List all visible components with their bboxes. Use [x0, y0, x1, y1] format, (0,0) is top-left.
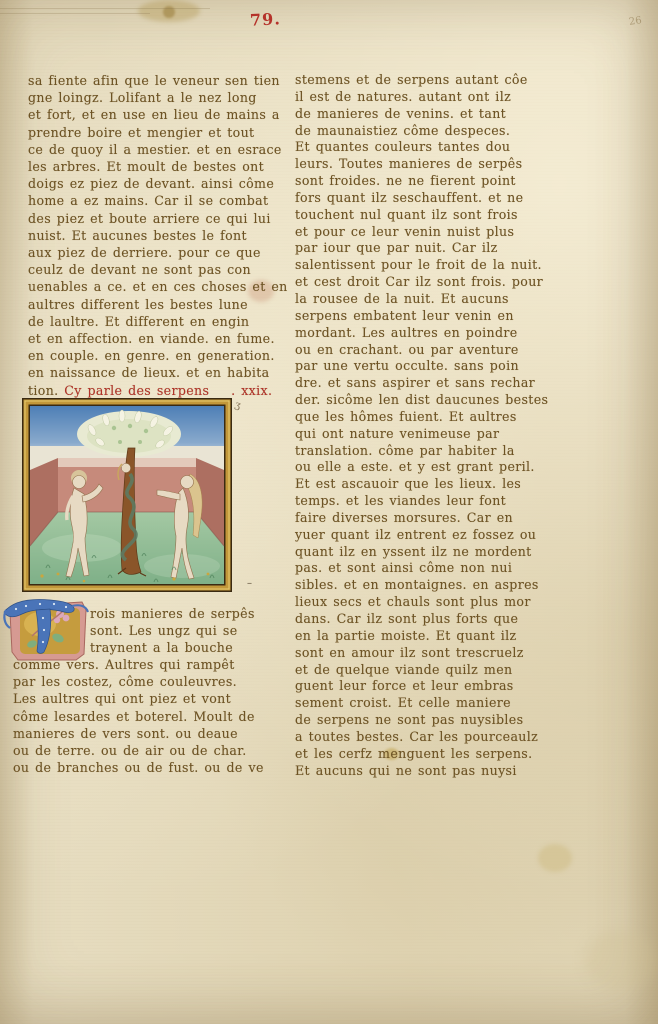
- margin-pen-mark: –: [247, 578, 252, 589]
- rubric-title: Cy parle des serpens: [64, 383, 209, 398]
- text-line: et cest droit Car ilz sont frois. pour: [295, 274, 563, 291]
- text-line: quant ilz en yssent ilz ne mordent: [295, 544, 563, 561]
- text-line: ou en crachant. ou par aventure: [295, 342, 563, 359]
- text-line: leurs. Toutes manieres de serpês: [295, 156, 563, 173]
- text-line: aux piez de derriere. pour ce que: [28, 244, 292, 261]
- text-line: rois manieres de serpês: [90, 605, 290, 622]
- miniature-adam-eve-serpent: [22, 398, 232, 592]
- text-line: sont en amour ilz sont trescruelz: [295, 645, 563, 662]
- text-line: salentissent pour le froit de la nuit.: [295, 257, 563, 274]
- text-line: que les hômes fuient. Et aultres: [295, 409, 563, 426]
- text-line: sa fiente afin que le veneur sen tien: [28, 72, 292, 89]
- corner-annotation: 26: [629, 15, 643, 28]
- text-line: sont. Les ungz qui se: [90, 622, 290, 639]
- text-line: aultres different les bestes lune: [28, 296, 292, 313]
- text-line: par les costez, côme couleuvres.: [13, 673, 291, 690]
- text-line: dre. et sans aspirer et sans rechar: [295, 375, 563, 392]
- text-line: Et aucuns qui ne sont pas nuysi: [295, 763, 563, 780]
- serpents-paragraph-start: rois manieres de serpêssont. Les ungz qu…: [90, 605, 290, 657]
- margin-pen-mark: ʒ: [233, 399, 242, 411]
- text-line: pas. et sont ainsi côme non nui: [295, 560, 563, 577]
- text-line: et de quelque viande quilz men: [295, 662, 563, 679]
- rubric-chapter-number: . xxix.: [231, 383, 272, 398]
- right-column-lines: stemens et de serpens autant côeil est d…: [295, 72, 563, 779]
- folio-number: 79.: [250, 9, 282, 30]
- text-line: de laultre. Et different en engin: [28, 313, 292, 330]
- miniature-painting: [22, 398, 232, 592]
- text-line: en couple. en genre. en generation.: [28, 347, 292, 364]
- parchment-stain: [538, 844, 572, 872]
- text-line: Et quantes couleurs tantes dou: [295, 139, 563, 156]
- lines-below-initial: comme vers. Aultres qui rampêtpar les co…: [13, 656, 291, 776]
- text-line: en naissance de lieux. et en habita: [28, 364, 292, 381]
- text-line: comme vers. Aultres qui rampêt: [13, 656, 291, 673]
- text-line: guent leur force et leur embras: [295, 678, 563, 695]
- text-line: touchent nul quant ilz sont frois: [295, 207, 563, 224]
- text-line: par une vertu occulte. sans poin: [295, 358, 563, 375]
- text-line: traynent a la bouche: [90, 639, 290, 656]
- text-line: Les aultres qui ont piez et vont: [13, 690, 291, 707]
- text-line: sibles. et en montaignes. en aspres: [295, 577, 563, 594]
- text-line: ceulz de devant ne sont pas con: [28, 261, 292, 278]
- text-line: doigs ez piez de devant. ainsi côme: [28, 175, 292, 192]
- text-line: ou de terre. ou de air ou de char.: [13, 742, 291, 759]
- lines-beside-initial: rois manieres de serpêssont. Les ungz qu…: [90, 605, 290, 657]
- text-line: fors quant ilz seschauffent. et ne: [295, 190, 563, 207]
- text-line: lieux secs et chauls sont plus mor: [295, 594, 563, 611]
- serpents-paragraph-continuation: comme vers. Aultres qui rampêtpar les co…: [13, 656, 291, 776]
- text-line: les arbres. Et moult de bestes ont: [28, 158, 292, 175]
- text-line: home a ez mains. Car il se combat: [28, 192, 292, 209]
- text-line: Et est ascauoir que les lieux. les: [295, 476, 563, 493]
- text-line: en la partie moiste. Et quant ilz: [295, 628, 563, 645]
- text-line: translation. côme par habiter la: [295, 443, 563, 460]
- manuscript-page: 79. 26 sa fiente afin que le veneur sen …: [0, 0, 658, 1024]
- left-column-lines: sa fiente afin que le veneur sen tiengne…: [28, 72, 292, 382]
- text-line: ou de branches ou de fust. ou de ve: [13, 759, 291, 776]
- text-line: il est de natures. autant ont ilz: [295, 89, 563, 106]
- text-line: nuist. Et aucunes bestes le font: [28, 227, 292, 244]
- parchment-scratch: [0, 13, 150, 14]
- text-line: mordant. Les aultres en poindre: [295, 325, 563, 342]
- text-line: de serpens ne sont pas nuysibles: [295, 712, 563, 729]
- text-line: côme lesardes et boterel. Moult de: [13, 708, 291, 725]
- text-line: et pour ce leur venin nuist plus: [295, 224, 563, 241]
- parchment-scratch: [0, 8, 210, 9]
- text-line: yuer quant ilz entrent ez fossez ou: [295, 527, 563, 544]
- parchment-stain: [585, 930, 655, 990]
- text-line: sont froides. ne ne fierent point: [295, 173, 563, 190]
- parchment-stain: [163, 6, 175, 18]
- text-line: uenables a ce. et en ces choses et en: [28, 278, 292, 295]
- right-text-column: stemens et de serpens autant côeil est d…: [295, 72, 563, 779]
- parchment-stain: [138, 0, 200, 22]
- rubric-prefix: tion.: [28, 383, 64, 398]
- text-line: faire diverses morsures. Car en: [295, 510, 563, 527]
- text-line: serpens embatent leur venin en: [295, 308, 563, 325]
- text-line: et en affection. en viande. en fume.: [28, 330, 292, 347]
- text-line: gne loingz. Lolifant a le nez long: [28, 89, 292, 106]
- text-line: par iour que par nuit. Car ilz: [295, 240, 563, 257]
- rubric: tion. Cy parle des serpens . xxix.: [28, 382, 292, 399]
- text-line: sement croist. Et celle maniere: [295, 695, 563, 712]
- text-line: ce de quoy il a mestier. et en esrace: [28, 141, 292, 158]
- text-line: der. sicôme len dist daucunes bestes: [295, 392, 563, 409]
- text-line: de maunaistiez côme despeces.: [295, 123, 563, 140]
- text-line: dans. Car ilz sont plus forts que: [295, 611, 563, 628]
- text-line: qui ont nature venimeuse par: [295, 426, 563, 443]
- text-line: des piez et boute arriere ce qui lui: [28, 210, 292, 227]
- text-line: de manieres de venins. et tant: [295, 106, 563, 123]
- text-line: a toutes bestes. Car les pourceaulz: [295, 729, 563, 746]
- left-text-column: sa fiente afin que le veneur sen tiengne…: [28, 72, 292, 399]
- text-line: la rousee de la nuit. Et aucuns: [295, 291, 563, 308]
- text-line: et fort, et en use en lieu de mains a: [28, 106, 292, 123]
- text-line: et les cerfz menguent les serpens.: [295, 746, 563, 763]
- text-line: prendre boire et mengier et tout: [28, 124, 292, 141]
- text-line: stemens et de serpens autant côe: [295, 72, 563, 89]
- text-line: temps. et les viandes leur font: [295, 493, 563, 510]
- text-line: ou elle a este. et y est grant peril.: [295, 459, 563, 476]
- text-line: manieres de vers sont. ou deaue: [13, 725, 291, 742]
